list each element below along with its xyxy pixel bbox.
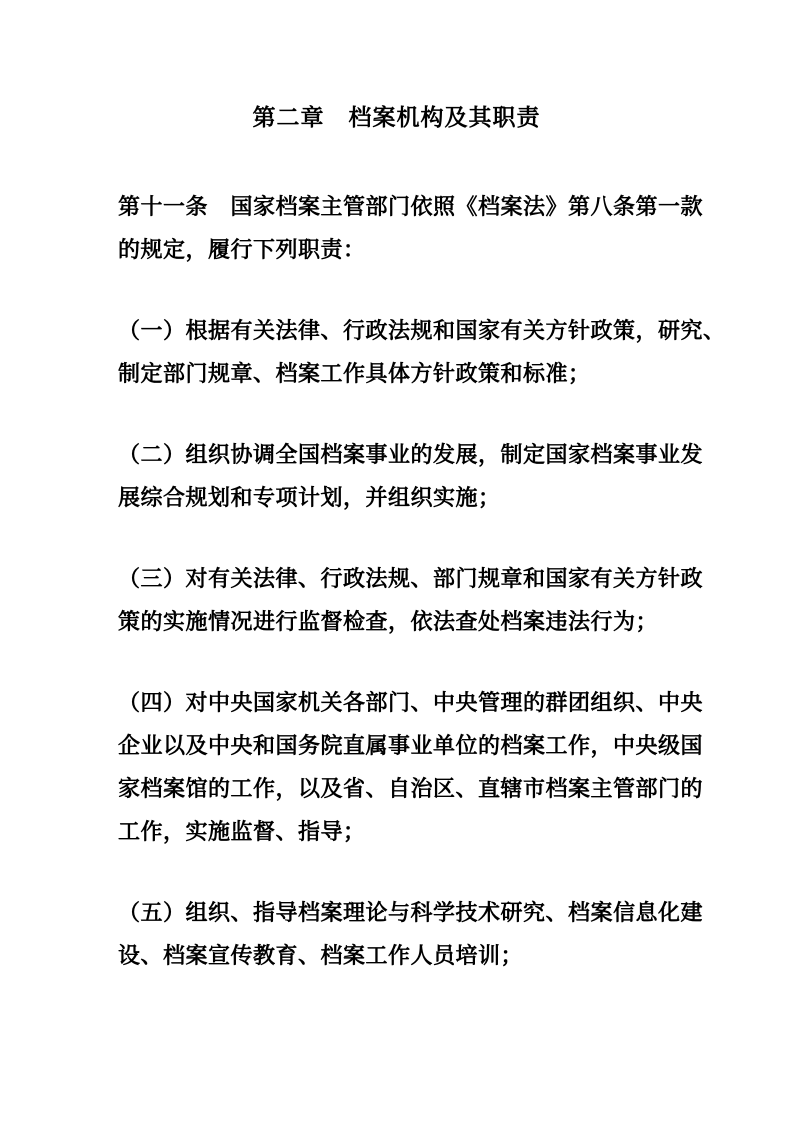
document-content: 第二章 档案机构及其职责 第十一条 国家档案主管部门依照《档案法》第八条第一款 … <box>118 96 675 977</box>
document-page: 第二章 档案机构及其职责 第十一条 国家档案主管部门依照《档案法》第八条第一款 … <box>0 0 793 1122</box>
paragraph: 第十一条 国家档案主管部门依照《档案法》第八条第一款 的规定，履行下列职责： <box>118 185 675 271</box>
paragraph: （五）组织、指导档案理论与科学技术研究、档案信息化建 设、档案宣传教育、档案工作… <box>118 891 675 977</box>
paragraph: （二）组织协调全国档案事业的发展，制定国家档案事业发 展综合规划和专项计划，并组… <box>118 433 675 519</box>
paragraph: （三）对有关法律、行政法规、部门规章和国家有关方针政 策的实施情况进行监督检查，… <box>118 557 675 643</box>
paragraph: （一）根据有关法律、行政法规和国家有关方针政策，研究、 制定部门规章、档案工作具… <box>118 309 675 395</box>
document-body: 第十一条 国家档案主管部门依照《档案法》第八条第一款 的规定，履行下列职责：（一… <box>118 185 675 977</box>
chapter-title: 第二章 档案机构及其职责 <box>118 96 675 139</box>
paragraph: （四）对中央国家机关各部门、中央管理的群团组织、中央 企业以及中央和国务院直属事… <box>118 681 675 853</box>
